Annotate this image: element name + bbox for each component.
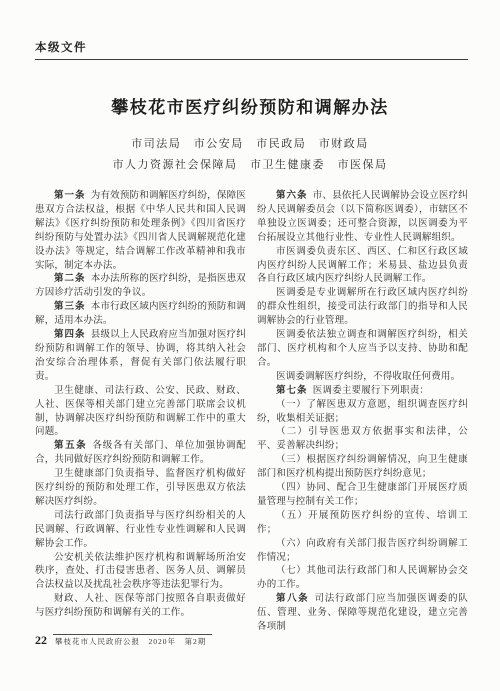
- publication-info: 攀枝花市人民政府公报 2020年 第2期: [53, 634, 212, 647]
- page-footer: 22 攀枝花市人民政府公报 2020年 第2期: [35, 634, 212, 647]
- section-label: 本级文件: [35, 42, 87, 54]
- body-paragraph: 司法行政部门负责指导与医疗纠纷相关的人民调解、行政调解、行业性专业性调解和人民调…: [35, 510, 246, 552]
- article-number: 第八条: [276, 594, 309, 604]
- article-number: 第一条: [54, 191, 86, 201]
- paragraph-text: （三）根据医疗纠纷调解情况，向卫生健康部门和医疗机构提出预防医疗纠纷意见；: [257, 455, 468, 479]
- body-paragraph: 第二条本办法所称的医疗纠纷，是指医患双方因诊疗活动引发的争议。: [35, 273, 246, 301]
- paragraph-text: 医调委依法独立调查和调解医疗纠纷，相关部门、医疗机构和个人应当予以支持、协助和配…: [257, 330, 468, 368]
- article-number: 第三条: [54, 302, 86, 312]
- body-paragraph: 医调委是专业调解所在行政区域内医疗纠纷的群众性组织，接受司法行政部门的指导和人民…: [257, 287, 468, 329]
- page-number: 22: [35, 634, 47, 646]
- body-paragraph: （五）开展预防医疗纠纷的宣传、培训工作；: [257, 510, 468, 538]
- author-line: 市司法局 市公安局 市民政局 市财政局: [0, 134, 500, 155]
- body-paragraph: 财政、人社、医保等部门按照各自职责做好与医疗纠纷预防和调解有关的工作。: [35, 593, 246, 621]
- page-header: 本级文件: [35, 38, 468, 60]
- paragraph-text: 公安机关依法维护医疗机构和调解场所治安秩序，查处、打击侵害患者、医务人员、调解员…: [35, 553, 246, 591]
- paragraph-text: 卫生健康、司法行政、公安、民政、财政、人社、医保等相关部门建立完善部门联席会议机…: [35, 386, 246, 438]
- left-column: 第一条为有效预防和调解医疗纠纷，保障医患双方合法权益，根据《中华人民共和国人民调…: [35, 190, 246, 635]
- body-paragraph: 医调委调解医疗纠纷，不得收取任何费用。: [257, 371, 468, 385]
- body-paragraph: （六）向政府有关部门报告医疗纠纷调解工作情况；: [257, 538, 468, 566]
- body-paragraph: 第六条市、县依托人民调解协会设立医疗纠纷人民调解委员会（以下简称医调委），市辖区…: [257, 190, 468, 246]
- paragraph-text: 财政、人社、医保等部门按照各自职责做好与医疗纠纷预防和调解有关的工作。: [35, 594, 246, 618]
- body-paragraph: 第五条各级各有关部门、单位加强协调配合，共同做好医疗纠纷预防和调解工作。: [35, 440, 246, 468]
- body-paragraph: （一）了解医患双方意愿，组织调查医疗纠纷，收集相关证据；: [257, 399, 468, 427]
- body-paragraph: 市医调委负责东区、西区、仁和区行政区域内医疗纠纷人民调解工作；米易县、盐边县负责…: [257, 246, 468, 288]
- body-paragraph: （三）根据医疗纠纷调解情况，向卫生健康部门和医疗机构提出预防医疗纠纷意见；: [257, 454, 468, 482]
- body-paragraph: （四）协同、配合卫生健康部门开展医疗质量管理与控制有关工作；: [257, 482, 468, 510]
- paragraph-text: （二）引导医患双方依据事实和法律，公平、妥善解决纠纷；: [257, 427, 468, 451]
- paragraph-text: （七）其他司法行政部门和人民调解协会交办的工作。: [257, 566, 468, 590]
- paragraph-text: （一）了解医患双方意愿，组织调查医疗纠纷，收集相关证据；: [257, 400, 468, 424]
- body-paragraph: 卫生健康、司法行政、公安、民政、财政、人社、医保等相关部门建立完善部门联席会议机…: [35, 385, 246, 441]
- document-page: 本级文件 攀枝花市医疗纠纷预防和调解办法 市司法局 市公安局 市民政局 市财政局…: [0, 0, 500, 691]
- body-paragraph: 第一条为有效预防和调解医疗纠纷，保障医患双方合法权益，根据《中华人民共和国人民调…: [35, 190, 246, 273]
- paragraph-text: 医调委主要履行下列职责：: [313, 386, 429, 396]
- body-paragraph: 第三条本市行政区域内医疗纠纷的预防和调解，适用本办法。: [35, 301, 246, 329]
- paragraph-text: （四）协同、配合卫生健康部门开展医疗质量管理与控制有关工作；: [257, 483, 468, 507]
- article-number: 第七条: [276, 386, 308, 396]
- paragraph-text: 为有效预防和调解医疗纠纷，保障医患双方合法权益，根据《中华人民共和国人民调解法》…: [35, 191, 246, 271]
- body-paragraph: （二）引导医患双方依据事实和法律，公平、妥善解决纠纷；: [257, 426, 468, 454]
- article-number: 第六条: [276, 191, 308, 201]
- author-line: 市人力资源社会保障局 市卫生健康委 市医保局: [0, 155, 500, 176]
- paragraph-text: 卫生健康部门负责指导、监督医疗机构做好医疗纠纷的预防和处理工作，引导医患双方依法…: [35, 469, 246, 507]
- body-paragraph: 第七条医调委主要履行下列职责：: [257, 385, 468, 399]
- paragraph-text: （五）开展预防医疗纠纷的宣传、培训工作；: [257, 511, 468, 535]
- body-paragraph: 医调委依法独立调查和调解医疗纠纷，相关部门、医疗机构和个人应当予以支持、协助和配…: [257, 329, 468, 371]
- right-column: 第六条市、县依托人民调解协会设立医疗纠纷人民调解委员会（以下简称医调委），市辖区…: [257, 190, 468, 635]
- body-paragraph: 第四条县级以上人民政府应当加强对医疗纠纷预防和调解工作的领导、协调，将其纳入社会…: [35, 329, 246, 385]
- paragraph-text: 司法行政部门负责指导与医疗纠纷相关的人民调解、行政调解、行业性专业性调解和人民调…: [35, 511, 246, 549]
- document-title: 攀枝花市医疗纠纷预防和调解办法: [0, 93, 500, 118]
- paragraph-text: 市医调委负责东区、西区、仁和区行政区域内医疗纠纷人民调解工作；米易县、盐边县负责…: [257, 247, 468, 285]
- body-paragraph: 第八条司法行政部门应当加强医调委的队伍、管理、业务、保障等规范化建设，建立完善各…: [257, 593, 468, 635]
- article-number: 第四条: [54, 330, 86, 340]
- body-paragraph: 公安机关依法维护医疗机构和调解场所治安秩序，查处、打击侵害患者、医务人员、调解员…: [35, 552, 246, 594]
- paragraph-text: 医调委调解医疗纠纷，不得收取任何费用。: [276, 372, 460, 382]
- article-number: 第五条: [54, 441, 87, 451]
- article-number: 第二条: [54, 274, 86, 284]
- author-lines: 市司法局 市公安局 市民政局 市财政局 市人力资源社会保障局 市卫生健康委 市医…: [0, 134, 500, 176]
- document-body: 第一条为有效预防和调解医疗纠纷，保障医患双方合法权益，根据《中华人民共和国人民调…: [35, 190, 468, 635]
- paragraph-text: 医调委是专业调解所在行政区域内医疗纠纷的群众性组织，接受司法行政部门的指导和人民…: [257, 288, 468, 326]
- paragraph-text: （六）向政府有关部门报告医疗纠纷调解工作情况；: [257, 539, 468, 563]
- body-paragraph: （七）其他司法行政部门和人民调解协会交办的工作。: [257, 565, 468, 593]
- body-paragraph: 卫生健康部门负责指导、监督医疗机构做好医疗纠纷的预防和处理工作，引导医患双方依法…: [35, 468, 246, 510]
